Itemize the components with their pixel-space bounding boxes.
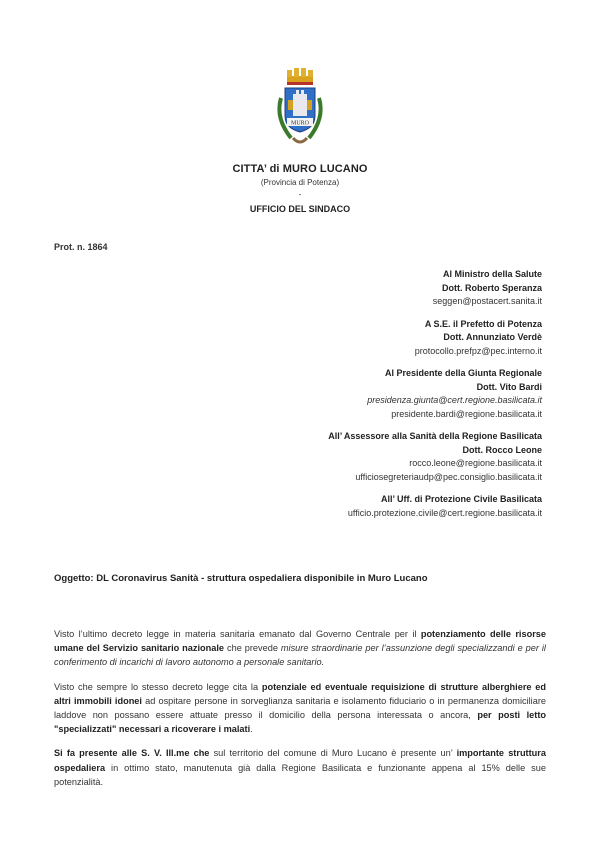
body-paragraph: Visto l’ultimo decreto legge in materia … [54,627,546,670]
recipient-name: Dott. Vito Bardi [242,381,542,395]
recipient-role: Al Ministro della Salute [242,268,542,282]
recipient-name: Dott. Rocco Leone [242,444,542,458]
recipient-name: Dott. Annunziato Verdè [242,331,542,345]
recipient-email: protocollo.prefpz@pec.interno.it [242,345,542,359]
recipient-list: Al Ministro della SaluteDott. Roberto Sp… [242,268,542,529]
coat-of-arms-icon: MURO [273,68,327,150]
recipient-block: Al Presidente della Giunta RegionaleDott… [242,367,542,421]
recipient-block: All’ Uff. di Protezione Civile Basilicat… [242,493,542,520]
recipient-block: A S.E. il Prefetto di PotenzaDott. Annun… [242,318,542,359]
header-separator: - [0,190,600,199]
body-paragraph: Si fa presente alle S. V. Ill.me che sul… [54,746,546,789]
letter-body: Visto l’ultimo decreto legge in materia … [54,627,546,799]
protocol-number: Prot. n. 1864 [54,242,108,252]
recipient-role: All’ Assessore alla Sanità della Regione… [242,430,542,444]
subject-line: Oggetto: DL Coronavirus Sanità - struttu… [54,573,428,584]
recipient-email: ufficio.protezione.civile@cert.regione.b… [242,507,542,521]
body-paragraph: Visto che sempre lo stesso decreto legge… [54,680,546,737]
recipient-email: rocco.leone@regione.basilicata.it [242,457,542,471]
recipient-block: All’ Assessore alla Sanità della Regione… [242,430,542,484]
recipient-role: All’ Uff. di Protezione Civile Basilicat… [242,493,542,507]
recipient-block: Al Ministro della SaluteDott. Roberto Sp… [242,268,542,309]
office-title: UFFICIO DEL SINDACO [0,204,600,214]
province-subtitle: (Provincia di Potenza) [0,178,600,187]
recipient-email: presidente.bardi@regione.basilicata.it [242,408,542,422]
recipient-email: seggen@postacert.sanita.it [242,295,542,309]
crest-label: MURO [291,121,310,127]
recipient-name: Dott. Roberto Speranza [242,282,542,296]
recipient-role: Al Presidente della Giunta Regionale [242,367,542,381]
recipient-email: presidenza.giunta@cert.regione.basilicat… [242,394,542,408]
recipient-email: ufficiosegreteriaudp@pec.consiglio.basil… [242,471,542,485]
city-title: CITTA’ di MURO LUCANO [0,163,600,175]
recipient-role: A S.E. il Prefetto di Potenza [242,318,542,332]
